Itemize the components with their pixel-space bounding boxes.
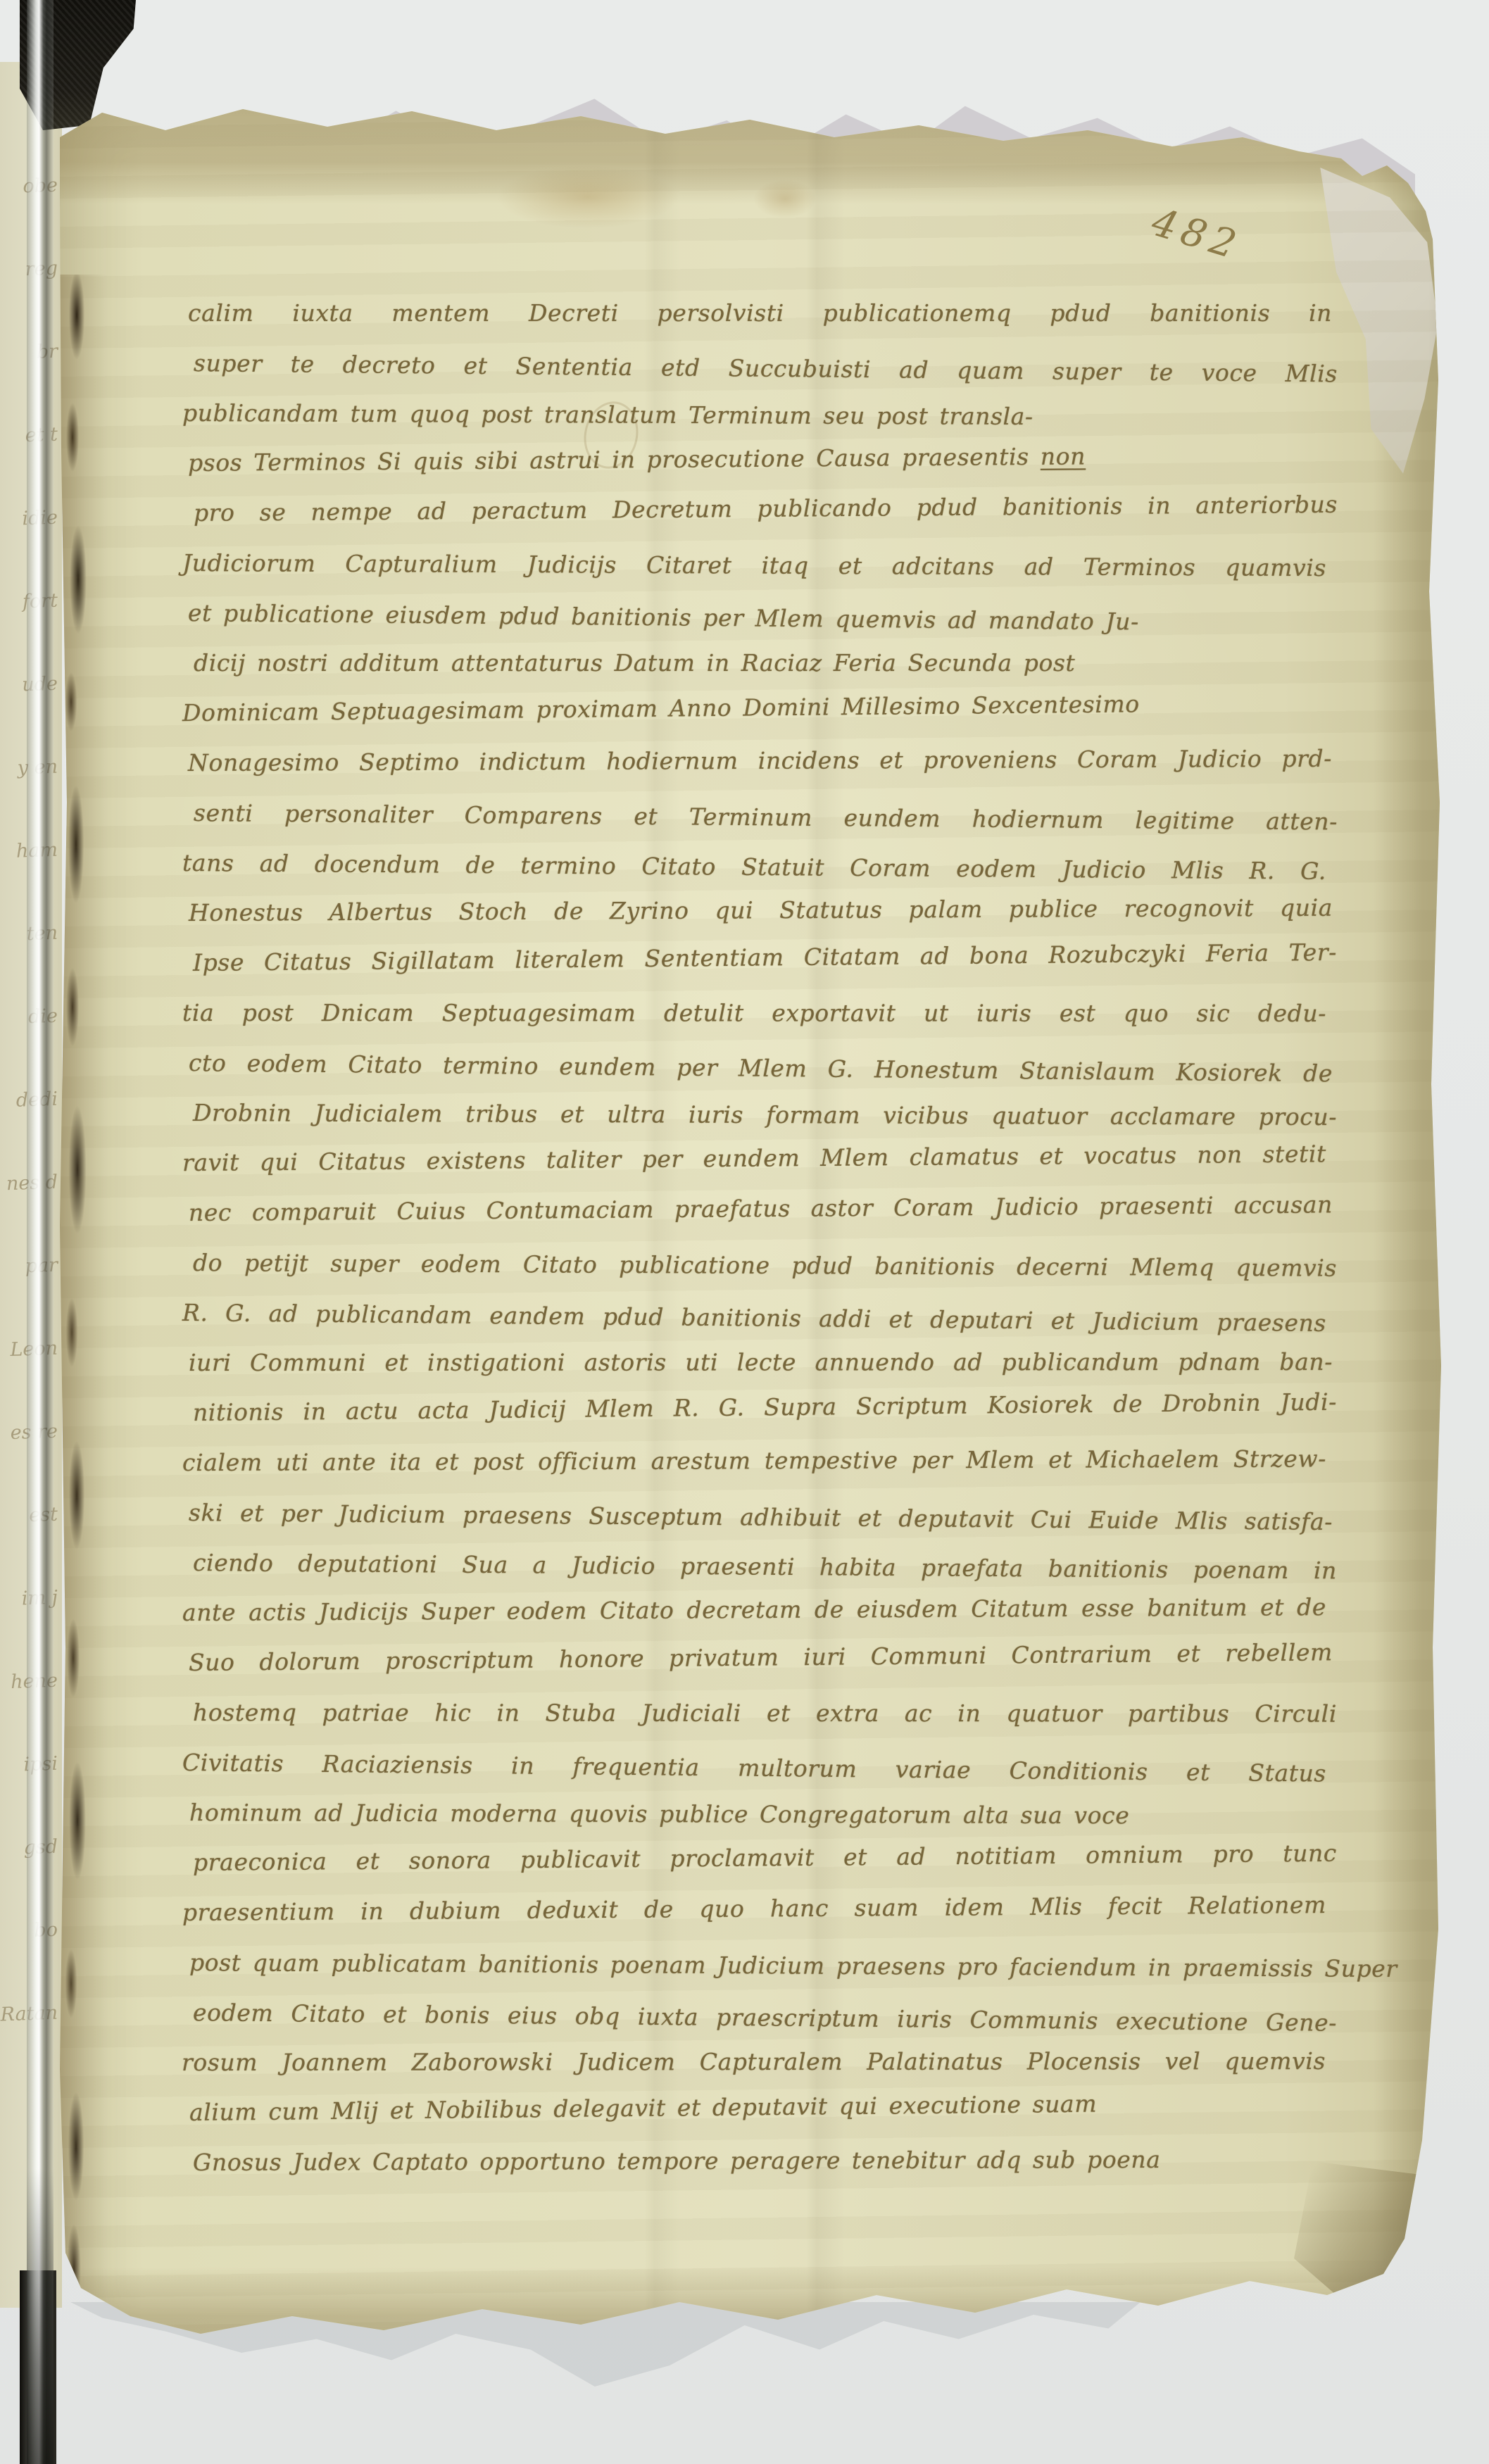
page-number: 482 xyxy=(1147,199,1315,289)
text-line: senti personaliter Comparens et Terminum… xyxy=(194,790,1338,848)
gutter-burn-marks xyxy=(58,275,108,2309)
text-line: alium cum Mlij et Nobilibus delegavit et… xyxy=(189,2078,1334,2139)
text-line: pro se nempe ad peractum Decretum public… xyxy=(194,482,1338,540)
text-line: psos Terminos Si quis sibi astrui in pro… xyxy=(188,432,1332,490)
manuscript-text: calim iuxta mentem Decreti persolvisti p… xyxy=(188,290,1332,2311)
text-line: praesentium in dubium deduxit de quo han… xyxy=(182,1882,1326,1940)
text-line: praeconica et sonora publicavit proclama… xyxy=(193,1830,1338,1890)
text-line: Nonagesimo Septimo indictum hodiernum in… xyxy=(188,736,1332,790)
paper-stain xyxy=(496,165,679,229)
text-line: ravit qui Citatus existens taliter per e… xyxy=(182,1131,1327,1190)
text-line: ski et per Judicium praesens Susceptum a… xyxy=(189,1490,1333,1549)
text-line: hostemq patriae hic in Stuba Judiciali e… xyxy=(193,1690,1337,1741)
text-line: tia post Dnicam Septuagesimam detulit ex… xyxy=(182,990,1326,1041)
text-line: do petijt super eodem Citato publication… xyxy=(193,1240,1337,1295)
scan-background: { "scan": { "background_color": "#e7e9e8… xyxy=(0,0,1489,2464)
text-line: Judiciorum Capturalium Judicijs Citaret … xyxy=(182,540,1326,595)
paper-stain xyxy=(753,180,817,218)
text-line: Ipse Citatus Sigillatam literalem Senten… xyxy=(193,929,1338,990)
text-line: nitionis in actu acta Judicij Mlem R. G.… xyxy=(193,1379,1338,1440)
text-line: Suo dolorum proscriptum honore privatum … xyxy=(189,1629,1333,1690)
text-line: calim iuxta mentem Decreti persolvisti p… xyxy=(188,290,1332,340)
glass-plate-edge xyxy=(27,0,54,2464)
text-line: Dominicam Septuagesimam proximam Anno Do… xyxy=(182,679,1327,740)
text-line: cialem uti ante ita et post officium are… xyxy=(182,1435,1326,1490)
manuscript-page: 482 calim iuxta mentem Decreti persolvis… xyxy=(60,99,1450,2365)
text-line: nec comparuit Cuius Contumaciam praefatu… xyxy=(189,1181,1333,1240)
text-line: Gnosus Judex Captato opportuno tempore p… xyxy=(193,2136,1337,2189)
text-line: post quam publicatam banitionis poenam J… xyxy=(189,1940,1333,1996)
